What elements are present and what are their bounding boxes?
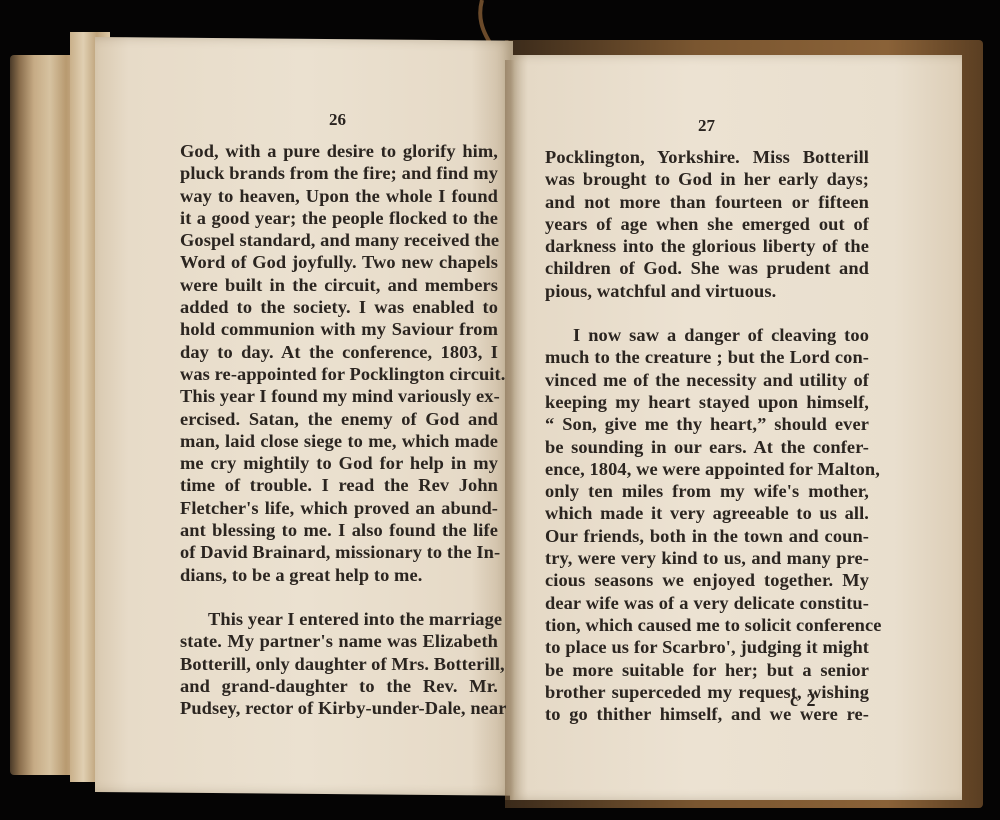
text-line: pluck brands from the fire; and find my: [180, 162, 498, 184]
text-line: children of God. She was prudent and: [545, 257, 869, 279]
text-line: This year I entered into the marriage: [180, 608, 498, 630]
text-line: Pocklington, Yorkshire. Miss Botterill: [545, 146, 869, 168]
text-line: ence, 1804, we were appointed for Malton…: [545, 458, 869, 480]
text-line: dear wife was of a very delicate constit…: [545, 592, 869, 614]
book-gutter: [505, 60, 515, 800]
text-line: and grand-daughter to the Rev. Mr.: [180, 675, 498, 697]
text-line: and not more than fourteen or fifteen: [545, 191, 869, 213]
text-line: “ Son, give me thy heart,” should ever: [545, 413, 869, 435]
text-line: Gospel standard, and many received the: [180, 229, 498, 251]
text-line: day to day. At the conference, 1803, I: [180, 341, 498, 363]
text-line: Word of God joyfully. Two new chapels: [180, 251, 498, 273]
text-line: only ten miles from my wife's mother,: [545, 480, 869, 502]
text-line: was re-appointed for Pocklington circuit…: [180, 363, 498, 385]
text-line: hold communion with my Saviour from: [180, 318, 498, 340]
text-line: it a good year; the people flocked to th…: [180, 207, 498, 229]
text-line: added to the society. I was enabled to: [180, 296, 498, 318]
text-line: dians, to be a great help to me.: [180, 564, 498, 586]
text-line: Our friends, both in the town and coun-: [545, 525, 869, 547]
paragraph-gap: [180, 586, 498, 608]
right-page-number: 27: [698, 116, 715, 136]
text-line: be sounding in our ears. At the confer-: [545, 436, 869, 458]
text-line: vinced me of the necessity and utility o…: [545, 369, 869, 391]
text-line: me cry mightily to God for help in my: [180, 452, 498, 474]
text-line: years of age when she emerged out of: [545, 213, 869, 235]
text-line: Botterill, only daughter of Mrs. Botteri…: [180, 653, 498, 675]
text-line: brother superceded my request, wishing: [545, 681, 869, 703]
text-line: much to the creature ; but the Lord con-: [545, 346, 869, 368]
text-line: Fletcher's life, which proved an abund-: [180, 497, 498, 519]
text-line: way to heaven, Upon the whole I found: [180, 185, 498, 207]
text-line: ant blessing to me. I also found the lif…: [180, 519, 498, 541]
text-line: darkness into the glorious liberty of th…: [545, 235, 869, 257]
text-line: God, with a pure desire to glorify him,: [180, 140, 498, 162]
paragraph-gap: [545, 302, 869, 324]
signature-mark: c 2: [790, 690, 818, 711]
left-page-number: 26: [329, 110, 346, 130]
text-line: state. My partner's name was Elizabeth: [180, 630, 498, 652]
text-line: pious, watchful and virtuous.: [545, 280, 869, 302]
text-line: I now saw a danger of cleaving too: [545, 324, 869, 346]
text-line: time of trouble. I read the Rev John: [180, 474, 498, 496]
text-line: was brought to God in her early days;: [545, 168, 869, 190]
text-line: This year I found my mind variously ex-: [180, 385, 498, 407]
text-line: cious seasons we enjoyed together. My: [545, 569, 869, 591]
text-line: keeping my heart stayed upon himself,: [545, 391, 869, 413]
right-page-text: Pocklington, Yorkshire. Miss Botterillwa…: [545, 146, 869, 725]
text-line: try, were very kind to us, and many pre-: [545, 547, 869, 569]
text-line: of David Brainard, missionary to the In-: [180, 541, 498, 563]
text-line: tion, which caused me to solicit confere…: [545, 614, 869, 636]
text-line: to go thither himself, and we were re-: [545, 703, 869, 725]
text-line: which made it very agreeable to us all.: [545, 502, 869, 524]
text-line: man, laid close siege to me, which made: [180, 430, 498, 452]
text-line: be more suitable for her; but a senior: [545, 659, 869, 681]
text-line: Pudsey, rector of Kirby-under-Dale, near: [180, 697, 498, 719]
text-line: to place us for Scarbro', judging it mig…: [545, 636, 869, 658]
text-line: ercised. Satan, the enemy of God and: [180, 408, 498, 430]
left-page-text: God, with a pure desire to glorify him,p…: [180, 140, 498, 719]
text-line: were built in the circuit, and members: [180, 274, 498, 296]
